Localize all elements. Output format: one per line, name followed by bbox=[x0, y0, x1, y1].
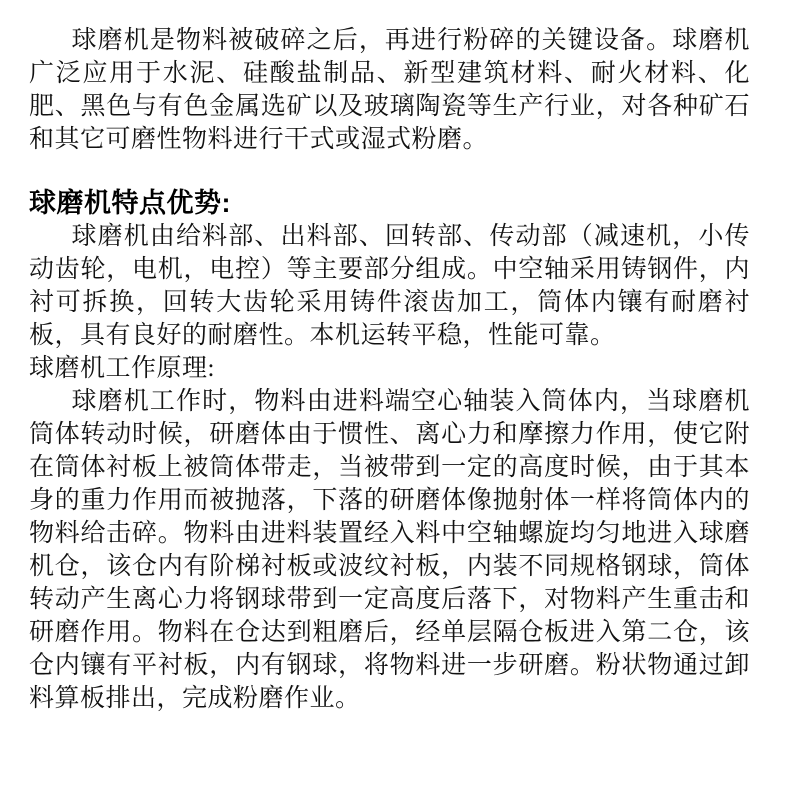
document-page: 球磨机是物料被破碎之后，再进行粉碎的关键设备。球磨机广泛应用于水泥、硅酸盐制品、… bbox=[0, 0, 800, 800]
features-paragraph: 球磨机由给料部、出料部、回转部、传动部（减速机，小传动齿轮，电机，电控）等主要部… bbox=[29, 220, 750, 352]
principle-heading: 球磨机工作原理: bbox=[29, 352, 750, 385]
principle-paragraph: 球磨机工作时，物料由进料端空心轴装入筒体内，当球磨机筒体转动时候，研磨体由于惯性… bbox=[29, 385, 750, 715]
intro-paragraph: 球磨机是物料被破碎之后，再进行粉碎的关键设备。球磨机广泛应用于水泥、硅酸盐制品、… bbox=[29, 24, 750, 156]
features-heading: 球磨机特点优势: bbox=[29, 186, 750, 220]
